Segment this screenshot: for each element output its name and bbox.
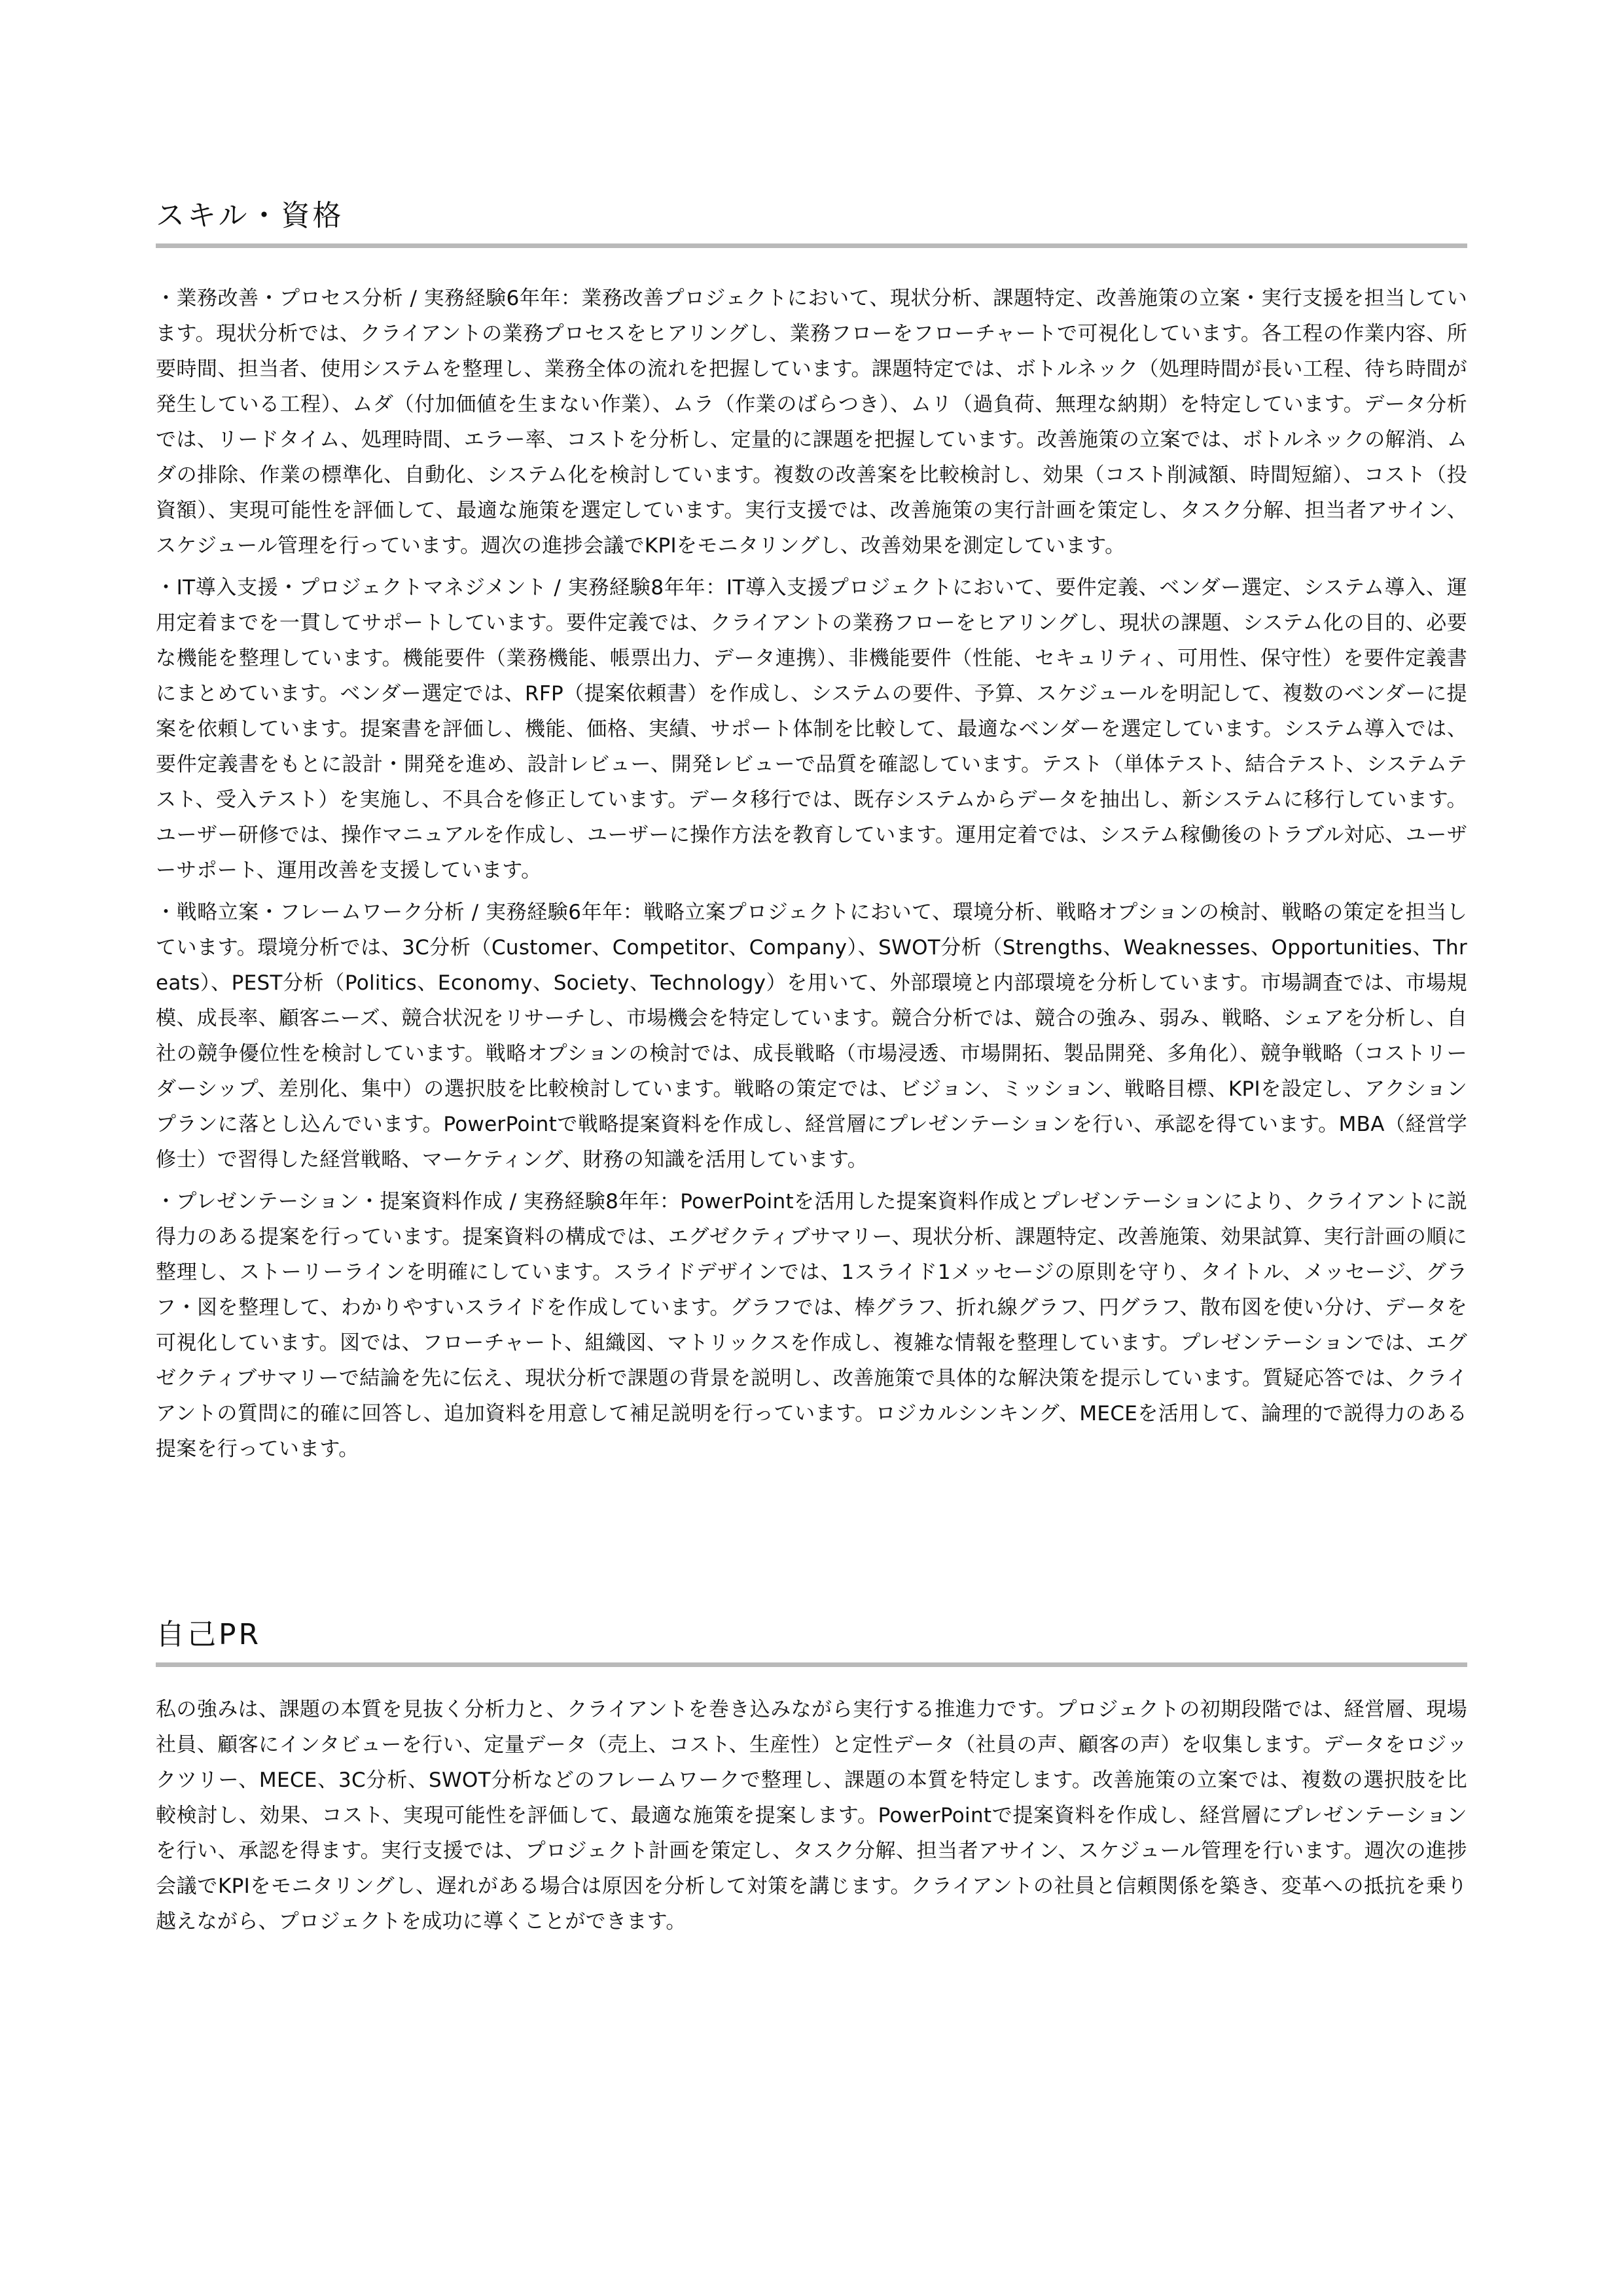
skill-item-presentation: ・プレゼンテーション・提案資料作成 / 実務経験8年年：PowerPointを活… <box>156 1184 1467 1467</box>
self-pr-text: 私の強みは、課題の本質を見抜く分析力と、クライアントを巻き込みながら実行する推進… <box>156 1692 1467 1939</box>
section-title-skills: スキル・資格 <box>156 196 1467 236</box>
skill-item-process-improvement: ・業務改善・プロセス分析 / 実務経験6年年：業務改善プロジェクトにおいて、現状… <box>156 281 1467 564</box>
skills-section: スキル・資格 ・業務改善・プロセス分析 / 実務経験6年年：業務改善プロジェクト… <box>156 196 1467 1473</box>
skills-list: ・業務改善・プロセス分析 / 実務経験6年年：業務改善プロジェクトにおいて、現状… <box>156 281 1467 1467</box>
section-divider <box>156 1662 1467 1667</box>
section-divider <box>156 243 1467 248</box>
self-pr-section: 自己PR 私の強みは、課題の本質を見抜く分析力と、クライアントを巻き込みながら実… <box>156 1615 1467 1939</box>
skill-item-it-implementation: ・IT導入支援・プロジェクトマネジメント / 実務経験8年年：IT導入支援プロジ… <box>156 570 1467 888</box>
skill-item-strategy-planning: ・戦略立案・フレームワーク分析 / 実務経験6年年：戦略立案プロジェクトにおいて… <box>156 895 1467 1177</box>
section-title-self-pr: 自己PR <box>156 1615 1467 1655</box>
